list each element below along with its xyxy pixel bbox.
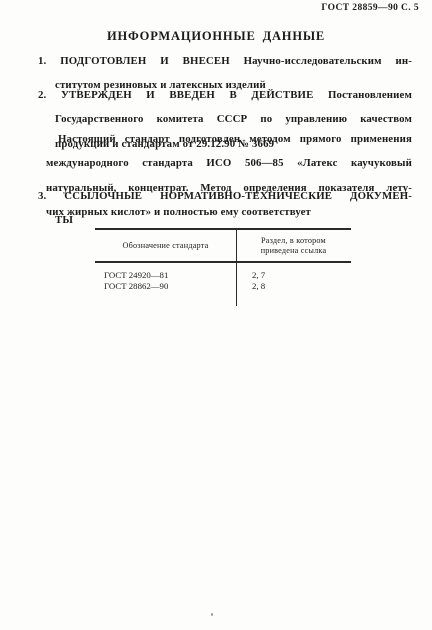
reference-table: Обозначение стандарта Раздел, в котором … (95, 228, 351, 304)
table-header-section-line-2: приведена ссылка (236, 246, 351, 256)
table-column-sections: 2, 7 2, 8 (236, 270, 351, 291)
table-column-standards: ГОСТ 24920—81 ГОСТ 28862—90 (95, 270, 236, 291)
list-item-1-line-1: 1. ПОДГОТОВЛЕН И ВНЕСЕН Научно-исследова… (38, 55, 412, 79)
list-item-2-line-1: 2. УТВЕРЖДЕН И ВВЕДЕН В ДЕЙСТВИЕ Постано… (38, 89, 412, 113)
list-item-3: 3. ССЫЛОЧНЫЕ НОРМАТИВНО-ТЕХНИЧЕСКИЕ ДОКУ… (38, 190, 412, 227)
list-item-3-line-2: ТЫ (38, 214, 412, 226)
note-line-2: международного стандарта ИСО 506—85 «Лат… (46, 157, 412, 181)
table-row-section: 2, 8 (252, 281, 351, 292)
document-page: ГОСТ 28859—90 С. 5 ИНФОРМАЦИОННЫЕ ДАННЫЕ… (0, 0, 432, 630)
note-line-1: Настоящий стандарт подготовлен методом п… (46, 133, 412, 157)
scan-artifact-dot (211, 613, 213, 616)
table-column-divider (236, 230, 237, 306)
table-header-section: Раздел, в котором приведена ссылка (236, 236, 351, 256)
page-title: ИНФОРМАЦИОННЫЕ ДАННЫЕ (0, 29, 432, 44)
table-row-standard: ГОСТ 24920—81 (104, 270, 236, 281)
table-header-section-line-1: Раздел, в котором (236, 236, 351, 246)
page-header: ГОСТ 28859—90 С. 5 (321, 3, 419, 13)
list-item-3-line-1: 3. ССЫЛОЧНЫЕ НОРМАТИВНО-ТЕХНИЧЕСКИЕ ДОКУ… (38, 190, 412, 214)
table-row-section: 2, 7 (252, 270, 351, 281)
list-item-1: 1. ПОДГОТОВЛЕН И ВНЕСЕН Научно-исследова… (38, 55, 412, 92)
table-header-standard: Обозначение стандарта (95, 241, 236, 251)
table-row-standard: ГОСТ 28862—90 (104, 281, 236, 292)
table-header-row: Обозначение стандарта Раздел, в котором … (95, 230, 351, 263)
table-body: ГОСТ 24920—81 ГОСТ 28862—90 2, 7 2, 8 (95, 263, 351, 291)
